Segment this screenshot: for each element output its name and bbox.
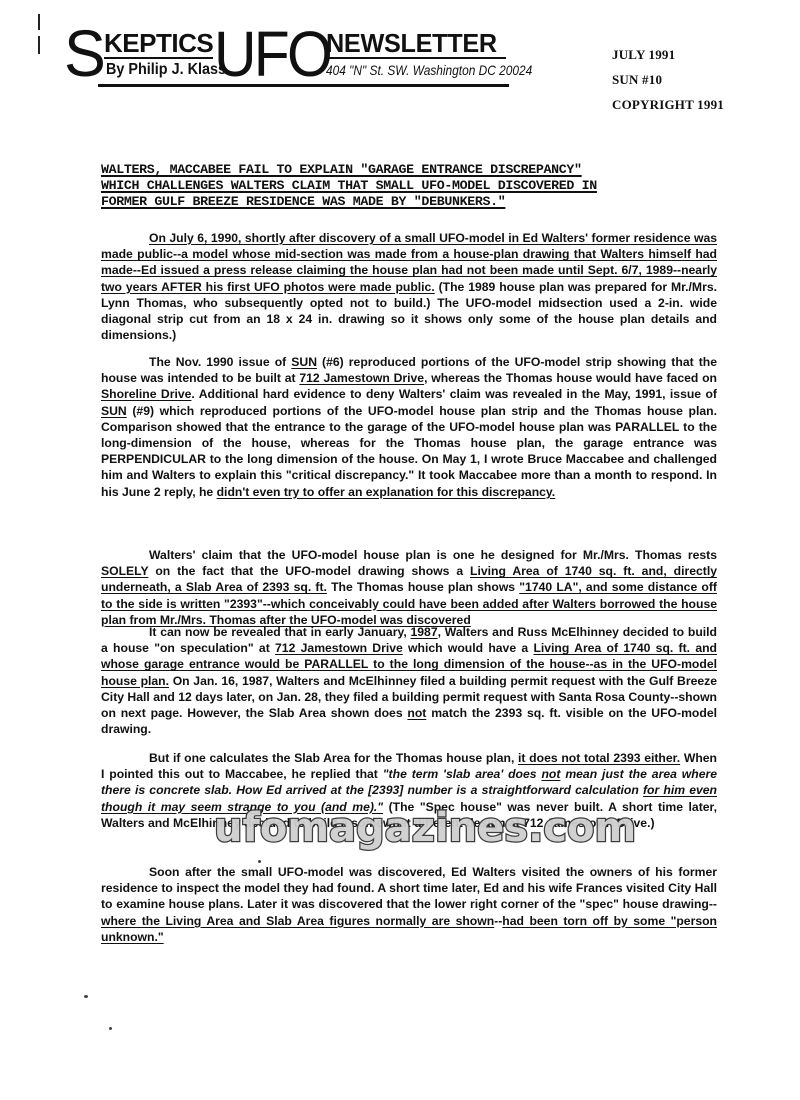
issue-info: JULY 1991 SUN #10 COPYRIGHT 1991 [612, 42, 724, 117]
issue-copyright: COPYRIGHT 1991 [612, 92, 724, 117]
scan-speck [109, 1027, 112, 1030]
body-text: It can now be revealed that in early Jan… [149, 625, 411, 639]
underlined-text: SUN [291, 355, 317, 369]
masthead-big-s: S [64, 22, 104, 84]
masthead-byline: By Philip J. Klass [106, 61, 226, 79]
paragraph-2: The Nov. 1990 issue of SUN (#6) reproduc… [101, 354, 717, 500]
headline-line: WALTERS, MACCABEE FAIL TO EXPLAIN "GARAG… [101, 162, 719, 178]
newsletter-page: S KEPTICS By Philip J. Klass UFO NEWSLET… [0, 0, 800, 1100]
scan-speck [258, 860, 261, 863]
underlined-text: SOLELY [101, 564, 148, 578]
body-text: But if one calculates the Slab Area for … [149, 751, 518, 765]
underlined-text: where the Living Area and Slab Area figu… [101, 914, 494, 928]
underlined-text: not [407, 706, 426, 720]
underlined-text: Shoreline Drive [101, 387, 191, 401]
masthead-skeptics: KEPTICS [104, 30, 213, 56]
margin-mark [38, 14, 40, 30]
scan-speck [84, 995, 88, 998]
paragraph-4: It can now be revealed that in early Jan… [101, 624, 717, 737]
masthead-rule [104, 57, 213, 59]
masthead-ufo: UFO [214, 23, 330, 85]
paragraph-1: On July 6, 1990, shortly after discovery… [101, 230, 717, 343]
body-text: , whereas the Thomas house would have fa… [424, 371, 717, 385]
headline-line: FORMER GULF BREEZE RESIDENCE WAS MADE BY… [101, 194, 719, 210]
underlined-text: it does not total 2393 either. [518, 751, 680, 765]
masthead-rule [326, 57, 506, 59]
headline-line: WHICH CHALLENGES WALTERS CLAIM THAT SMAL… [101, 178, 719, 194]
watermark: ufomagazines.com [214, 806, 636, 850]
masthead-address: 404 "N" St. SW. Washington DC 20024 [326, 62, 532, 78]
masthead-bottom-rule [98, 84, 509, 87]
underlined-text: 712 Jamestown Drive [275, 641, 403, 655]
body-text: . Additional hard evidence to deny Walte… [191, 387, 717, 401]
body-text: on the fact that the UFO-model drawing s… [148, 564, 470, 578]
underlined-text: SUN [101, 404, 127, 418]
masthead-newsletter: NEWSLETTER [326, 30, 497, 56]
underlined-text: 712 Jamestown Drive [299, 371, 424, 385]
masthead: S KEPTICS By Philip J. Klass UFO NEWSLET… [64, 28, 510, 86]
underlined-text: 1987 [411, 625, 438, 639]
quoted-italic-text: "the term 'slab area' does [383, 767, 542, 781]
issue-date: JULY 1991 [612, 42, 724, 67]
paragraph-3: Walters' claim that the UFO-model house … [101, 547, 717, 628]
body-text: The Nov. 1990 issue of [149, 355, 291, 369]
margin-mark [38, 36, 40, 54]
body-text: which would have a [403, 641, 534, 655]
article-headline: WALTERS, MACCABEE FAIL TO EXPLAIN "GARAG… [101, 162, 719, 210]
issue-number: SUN #10 [612, 67, 724, 92]
body-text: Soon after the small UFO-model was disco… [101, 865, 717, 911]
body-text: Walters' claim that the UFO-model house … [149, 548, 717, 562]
paragraph-6: Soon after the small UFO-model was disco… [101, 864, 717, 945]
underlined-text: didn't even try to offer an explanation … [217, 485, 556, 499]
body-text: The Thomas house plan shows [327, 580, 519, 594]
quoted-italic-underlined: not [541, 767, 560, 781]
